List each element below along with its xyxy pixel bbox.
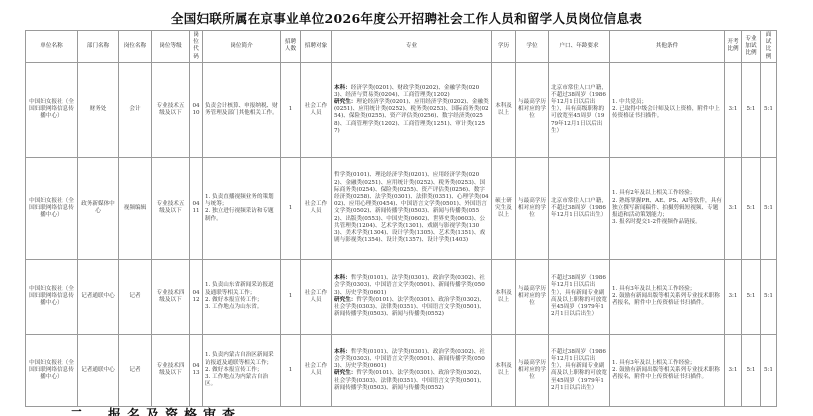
major-text-undergrad: 哲学类(0101)、法学类(0301)、政治学类(0302)、社会学类(0303… xyxy=(334,275,485,295)
cell-code: 0412 xyxy=(190,259,203,334)
cell-other: 1. 具有3年及以上相关工作经验； 2. 鼓励有新闻出版等相关系列专业技术职称者… xyxy=(610,259,725,334)
table-row: 中国妇女报社（全国妇联网络信息传播中心） 记者通联中心 记者 专业技术四级及以下… xyxy=(26,334,777,406)
cell-residence-age: 不超过38周岁（1986年12月1日以后出生），具有新闻专业副高及以上职称的可放… xyxy=(549,334,610,406)
major-text-grad: 哲学类(0101)、法学类(0301)、政治学类(0302)、社会学类(0303… xyxy=(334,370,485,390)
cell-exam-ratio: 3:1 xyxy=(725,157,742,259)
cell-test-ratio: 5:1 xyxy=(742,334,761,406)
header-residence-age: 户口、年龄要求 xyxy=(549,31,610,63)
major-text-grad: 哲学类(0101)、法学类(0301)、政治学类(0302)、社会学类(0303… xyxy=(334,297,485,317)
cell-major: 本科：经济学类(0201)、财政学类(0202)、金融学类(0203)、经济与贸… xyxy=(332,62,492,157)
cell-test-ratio: 5:1 xyxy=(742,62,761,157)
cell-code: 0411 xyxy=(190,157,203,259)
cell-level: 专业技术五级及以下 xyxy=(152,157,190,259)
cell-count: 1 xyxy=(281,157,301,259)
header-other: 其他条件 xyxy=(610,31,725,63)
cell-residence-age: 不超过38周岁（1986年12月1日以后出生），具有新闻专业副高及以上职称的可放… xyxy=(549,259,610,334)
cell-count: 1 xyxy=(281,259,301,334)
cell-position: 记者 xyxy=(119,334,152,406)
cell-position: 记者 xyxy=(119,259,152,334)
header-code: 岗位代码 xyxy=(190,31,203,63)
cell-exam-ratio: 3:1 xyxy=(725,62,742,157)
table-row: 中国妇女报社（全国妇联网络信息传播中心） 财务处 会计 专业技术五级及以下 04… xyxy=(26,62,777,157)
cell-exam-ratio: 3:1 xyxy=(725,259,742,334)
major-label-undergrad: 本科： xyxy=(334,85,351,91)
cell-major: 本科：哲学类(0101)、法学类(0301)、政治学类(0302)、社会学类(0… xyxy=(332,259,492,334)
cell-major: 哲学类(0101)、理论经济学类(0201)、应用经济学类(0202)、金融类(… xyxy=(332,157,492,259)
major-text-grad: 理论经济学类(0201)、应用经济学类(0202)、金融类(0251)、应用统计… xyxy=(334,99,489,134)
cell-department: 政务新媒体中心 xyxy=(78,157,119,259)
cell-degree: 与最高学历相对应的学位 xyxy=(516,259,549,334)
cell-exam-ratio: 3:1 xyxy=(725,334,742,406)
major-text-undergrad: 哲学类(0101)、法学类(0301)、政治学类(0302)、社会学类(0303… xyxy=(334,349,485,369)
header-test-ratio: 专业加试比例 xyxy=(742,31,761,63)
cell-description: 1. 负责直播视频业务的策划与统筹； 2. 独立进行视频采访和专题制作。 xyxy=(203,157,281,259)
header-description: 岗位简介 xyxy=(203,31,281,63)
cell-position: 视频编辑 xyxy=(119,157,152,259)
cell-unit: 中国妇女报社（全国妇联网络信息传播中心） xyxy=(26,157,78,259)
cell-interview-ratio: 5:1 xyxy=(761,259,777,334)
cell-target: 社会工作人员 xyxy=(301,157,332,259)
major-text-undergrad: 经济学类(0201)、财政学类(0202)、金融学类(0203)、经济与贸易类(… xyxy=(334,85,479,98)
cell-description: 负责会计核算、申报纳税、财务管理及部门其他相关工作。 xyxy=(203,62,281,157)
cell-interview-ratio: 5:1 xyxy=(761,334,777,406)
header-interview-ratio: 面试比例 xyxy=(761,31,777,63)
cell-department: 记者通联中心 xyxy=(78,334,119,406)
cell-target: 社会工作人员 xyxy=(301,334,332,406)
cell-description: 1. 负责内蒙古自治区新闻采访报道及通联等相关工作； 2. 做好本报宣传工作； … xyxy=(203,334,281,406)
major-label-undergrad: 本科： xyxy=(334,349,351,355)
header-position: 岗位名称 xyxy=(119,31,152,63)
section-heading-partial: 二、报名及资格审查 xyxy=(70,407,241,416)
cell-interview-ratio: 5:1 xyxy=(761,62,777,157)
cell-residence-age: 北京市常住人口户籍，不超过38周岁（1986年12月1日以后出生），具有高级职称… xyxy=(549,62,610,157)
cell-other: 1. 具有3年及以上相关工作经验； 2. 鼓励有新闻出版等相关系列专业技术职称者… xyxy=(610,334,725,406)
cell-education: 本科及以上 xyxy=(492,62,516,157)
header-count: 招聘人数 xyxy=(281,31,301,63)
cell-unit: 中国妇女报社（全国妇联网络信息传播中心） xyxy=(26,62,78,157)
cell-count: 1 xyxy=(281,334,301,406)
cell-target: 社会工作人员 xyxy=(301,259,332,334)
header-exam-ratio: 开考比例 xyxy=(725,31,742,63)
cell-count: 1 xyxy=(281,62,301,157)
cell-other: 1. 具有2年及以上相关工作经验； 2. 熟练掌握PR、AE、PS、AI等软件，… xyxy=(610,157,725,259)
page-title: 全国妇联所属在京事业单位2026年度公开招聘社会工作人员和留学人员岗位信息表 xyxy=(0,9,813,27)
cell-department: 记者通联中心 xyxy=(78,259,119,334)
major-label-grad: 研究生： xyxy=(334,99,356,105)
table-row: 中国妇女报社（全国妇联网络信息传播中心） 政务新媒体中心 视频编辑 专业技术五级… xyxy=(26,157,777,259)
cell-level: 专业技术五级及以下 xyxy=(152,62,190,157)
major-label-grad: 研究生： xyxy=(334,297,356,303)
cell-description: 1. 负责山东省新闻采访报道及通联等相关工作； 2. 做好本报宣传工作； 3. … xyxy=(203,259,281,334)
cell-major: 本科：哲学类(0101)、法学类(0301)、政治学类(0302)、社会学类(0… xyxy=(332,334,492,406)
header-unit: 单位名称 xyxy=(26,31,78,63)
cell-level: 专业技术四级及以下 xyxy=(152,259,190,334)
cell-education: 本科及以上 xyxy=(492,259,516,334)
cell-position: 会计 xyxy=(119,62,152,157)
cell-test-ratio: 5:1 xyxy=(742,259,761,334)
cell-degree: 与最高学历相对应的学位 xyxy=(516,62,549,157)
cell-code: 0413 xyxy=(190,334,203,406)
table-header-row: 单位名称 部门名称 岗位名称 岗位等级 岗位代码 岗位简介 招聘人数 招聘对象 … xyxy=(26,31,777,63)
header-level: 岗位等级 xyxy=(152,31,190,63)
major-label-grad: 研究生： xyxy=(334,370,356,376)
table-row: 中国妇女报社（全国妇联网络信息传播中心） 记者通联中心 记者 专业技术四级及以下… xyxy=(26,259,777,334)
cell-education: 硕士研究生及以上 xyxy=(492,157,516,259)
header-department: 部门名称 xyxy=(78,31,119,63)
major-label-undergrad: 本科： xyxy=(334,275,351,281)
cell-degree: 与最高学历相对应的学位 xyxy=(516,157,549,259)
job-positions-table: 单位名称 部门名称 岗位名称 岗位等级 岗位代码 岗位简介 招聘人数 招聘对象 … xyxy=(25,30,777,407)
cell-target: 社会工作人员 xyxy=(301,62,332,157)
cell-unit: 中国妇女报社（全国妇联网络信息传播中心） xyxy=(26,334,78,406)
cell-education: 本科及以上 xyxy=(492,334,516,406)
header-education: 学历 xyxy=(492,31,516,63)
header-degree: 学位 xyxy=(516,31,549,63)
cell-department: 财务处 xyxy=(78,62,119,157)
cell-unit: 中国妇女报社（全国妇联网络信息传播中心） xyxy=(26,259,78,334)
cell-other: 1. 中共党员； 2. 已取得中级会计师及以上资格，附件中上传资格证书扫描件。 xyxy=(610,62,725,157)
cell-level: 专业技术四级及以下 xyxy=(152,334,190,406)
cell-interview-ratio: 5:1 xyxy=(761,157,777,259)
header-target: 招聘对象 xyxy=(301,31,332,63)
cell-residence-age: 北京市常住人口户籍，不超过38周岁（1986年12月1日以后出生） xyxy=(549,157,610,259)
cell-test-ratio: 5:1 xyxy=(742,157,761,259)
cell-code: 0410 xyxy=(190,62,203,157)
cell-degree: 与最高学历相对应的学位 xyxy=(516,334,549,406)
header-major: 专业 xyxy=(332,31,492,63)
